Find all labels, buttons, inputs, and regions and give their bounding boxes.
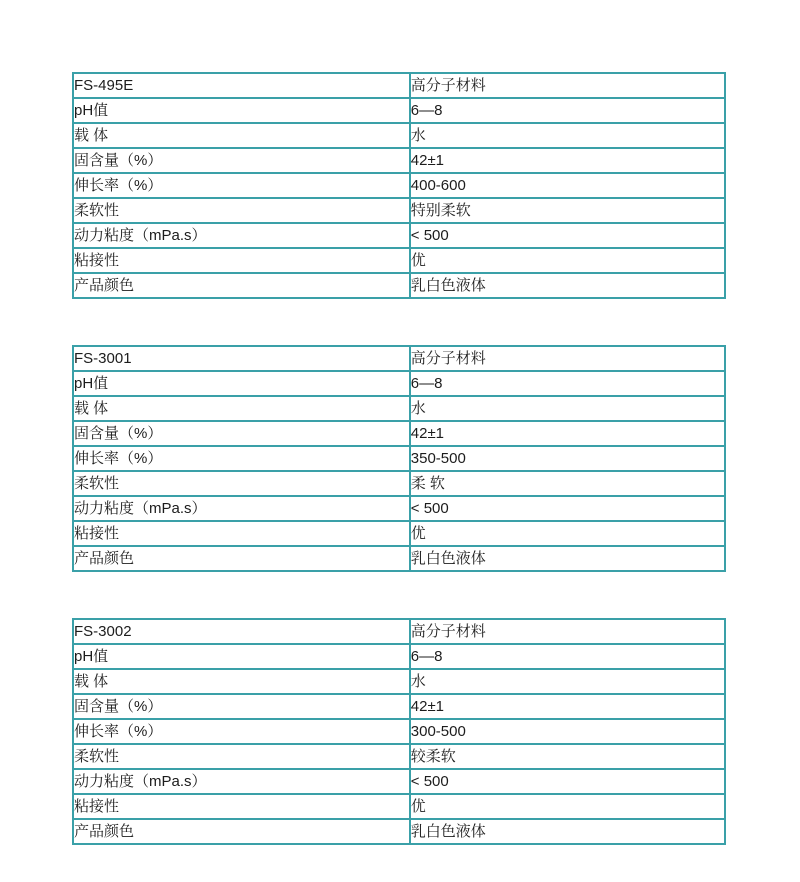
spec-value: 乳白色液体	[410, 273, 725, 298]
spec-value: 6—8	[410, 644, 725, 669]
table-row: 柔软性柔 软	[73, 471, 725, 496]
spec-label: FS-3002	[73, 619, 410, 644]
spec-label: 固含量（%）	[73, 694, 410, 719]
table-row: pH值6—8	[73, 371, 725, 396]
table-row: FS-3001高分子材料	[73, 346, 725, 371]
table-row: FS-495E高分子材料	[73, 73, 725, 98]
table-row: 动力粘度（mPa.s）< 500	[73, 769, 725, 794]
spec-label: 柔软性	[73, 471, 410, 496]
table-row: 粘接性优	[73, 521, 725, 546]
table-row: 伸长率（%）300-500	[73, 719, 725, 744]
spec-label: pH值	[73, 644, 410, 669]
spec-label: 产品颜色	[73, 546, 410, 571]
table-row: pH值6—8	[73, 644, 725, 669]
spec-value: 350-500	[410, 446, 725, 471]
spec-label: 伸长率（%）	[73, 173, 410, 198]
spec-label: FS-495E	[73, 73, 410, 98]
spec-value: 较柔软	[410, 744, 725, 769]
table-row: 柔软性特别柔软	[73, 198, 725, 223]
table-row: 固含量（%）42±1	[73, 421, 725, 446]
table-row: 产品颜色乳白色液体	[73, 819, 725, 844]
spec-value: 特别柔软	[410, 198, 725, 223]
spec-label: 粘接性	[73, 521, 410, 546]
spec-value: 400-600	[410, 173, 725, 198]
spec-value: 水	[410, 396, 725, 421]
spec-value: 乳白色液体	[410, 819, 725, 844]
spec-label: 动力粘度（mPa.s）	[73, 223, 410, 248]
spec-label: 产品颜色	[73, 273, 410, 298]
spec-value: < 500	[410, 223, 725, 248]
spec-value: 42±1	[410, 148, 725, 173]
spec-value: 6—8	[410, 98, 725, 123]
spec-value: 42±1	[410, 421, 725, 446]
table-row: 动力粘度（mPa.s）< 500	[73, 496, 725, 521]
spec-value: 水	[410, 669, 725, 694]
spec-table-fs-495e: FS-495E高分子材料 pH值6—8 载 体水 固含量（%）42±1 伸长率（…	[72, 72, 726, 299]
table-row: 固含量（%）42±1	[73, 148, 725, 173]
spec-value: 高分子材料	[410, 346, 725, 371]
spec-label: 载 体	[73, 396, 410, 421]
spec-label: 固含量（%）	[73, 421, 410, 446]
spec-label: 动力粘度（mPa.s）	[73, 496, 410, 521]
table-row: 伸长率（%）400-600	[73, 173, 725, 198]
spec-label: 载 体	[73, 669, 410, 694]
spec-value: 柔 软	[410, 471, 725, 496]
table-row: 固含量（%）42±1	[73, 694, 725, 719]
spec-value: 水	[410, 123, 725, 148]
spec-value: 优	[410, 248, 725, 273]
spec-value: 42±1	[410, 694, 725, 719]
table-row: 粘接性优	[73, 248, 725, 273]
spec-label: 伸长率（%）	[73, 446, 410, 471]
spec-label: FS-3001	[73, 346, 410, 371]
spec-value: 6—8	[410, 371, 725, 396]
spec-value: 高分子材料	[410, 73, 725, 98]
spec-value: 优	[410, 794, 725, 819]
spec-table-fs-3001: FS-3001高分子材料 pH值6—8 载 体水 固含量（%）42±1 伸长率（…	[72, 345, 726, 572]
spec-label: pH值	[73, 98, 410, 123]
table-row: 粘接性优	[73, 794, 725, 819]
spec-value: 优	[410, 521, 725, 546]
spec-label: 固含量（%）	[73, 148, 410, 173]
spec-table-fs-3002: FS-3002高分子材料 pH值6—8 载 体水 固含量（%）42±1 伸长率（…	[72, 618, 726, 845]
table-row: pH值6—8	[73, 98, 725, 123]
spec-label: 产品颜色	[73, 819, 410, 844]
table-row: 载 体水	[73, 396, 725, 421]
table-row: 动力粘度（mPa.s）< 500	[73, 223, 725, 248]
spec-label: 载 体	[73, 123, 410, 148]
spec-value: 乳白色液体	[410, 546, 725, 571]
table-row: 产品颜色乳白色液体	[73, 273, 725, 298]
spec-value: 高分子材料	[410, 619, 725, 644]
spec-value: 300-500	[410, 719, 725, 744]
spec-label: 粘接性	[73, 794, 410, 819]
spec-label: 粘接性	[73, 248, 410, 273]
page: { "page": { "background": "#ffffff" }, "…	[0, 0, 800, 882]
spec-label: 伸长率（%）	[73, 719, 410, 744]
spec-label: pH值	[73, 371, 410, 396]
table-row: 柔软性较柔软	[73, 744, 725, 769]
spec-label: 柔软性	[73, 744, 410, 769]
table-row: 载 体水	[73, 669, 725, 694]
spec-value: < 500	[410, 769, 725, 794]
spec-label: 柔软性	[73, 198, 410, 223]
spec-label: 动力粘度（mPa.s）	[73, 769, 410, 794]
spec-value: < 500	[410, 496, 725, 521]
table-row: 载 体水	[73, 123, 725, 148]
table-row: 产品颜色乳白色液体	[73, 546, 725, 571]
table-row: 伸长率（%）350-500	[73, 446, 725, 471]
table-row: FS-3002高分子材料	[73, 619, 725, 644]
